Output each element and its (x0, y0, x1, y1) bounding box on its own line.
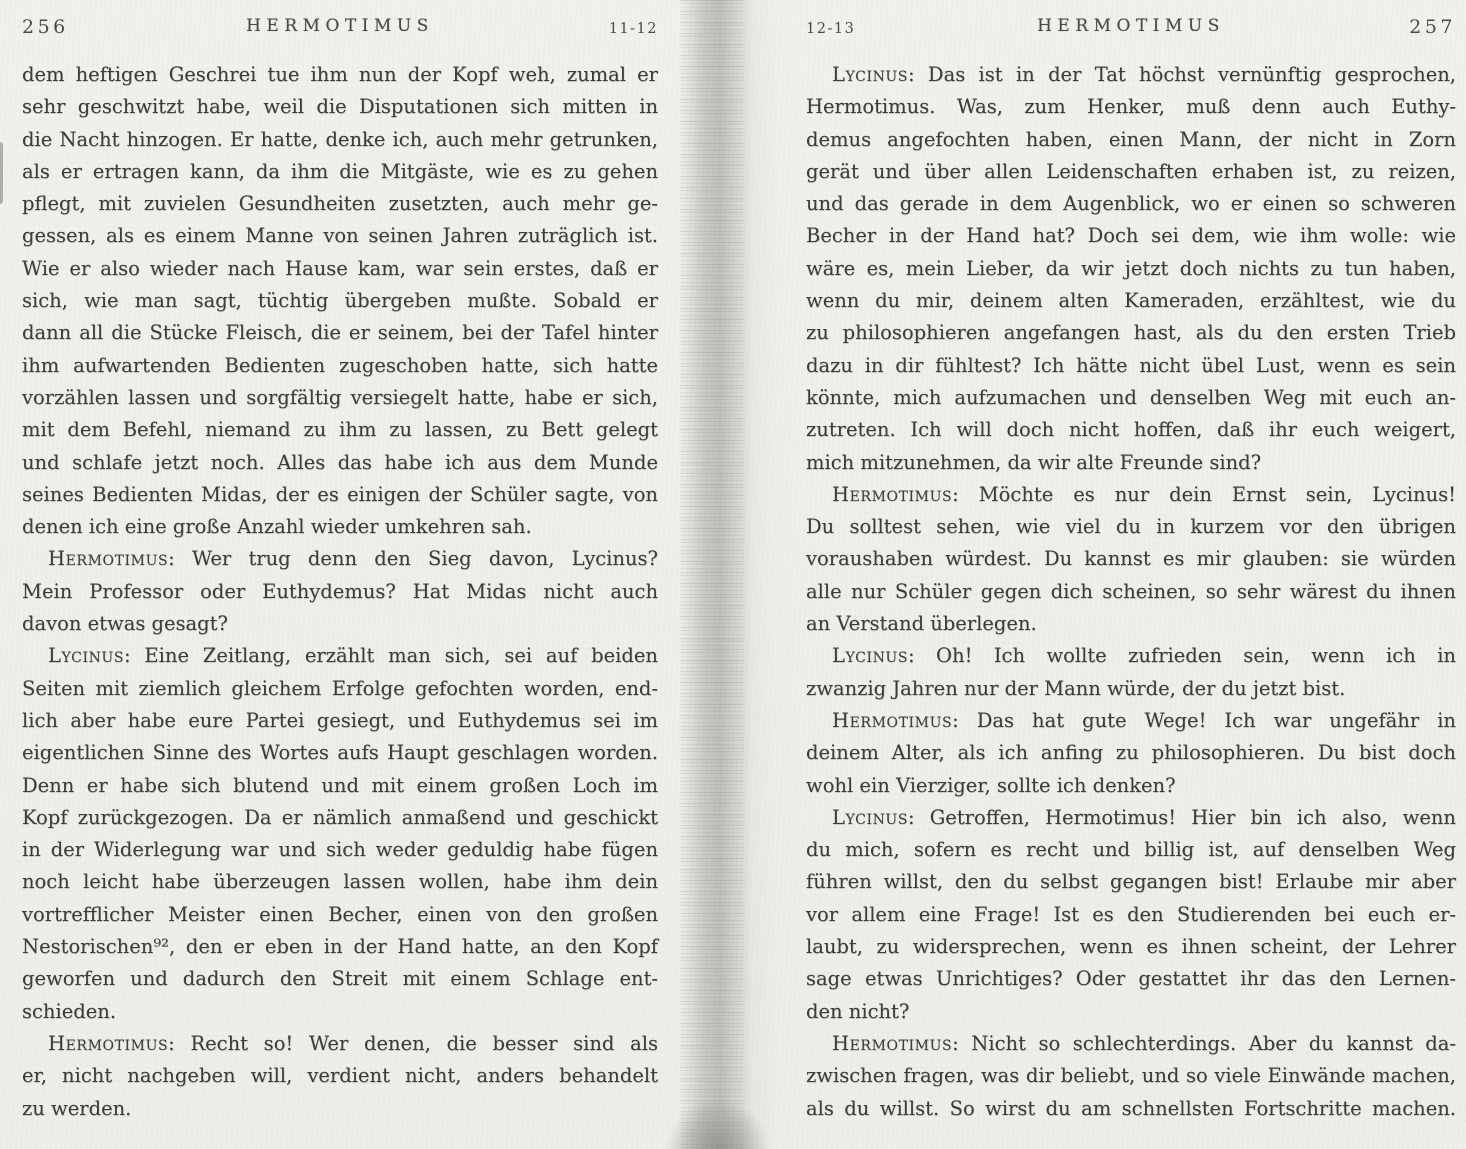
speaker-name: Lycinus (832, 63, 908, 86)
text-line: alle nur Schüler gegen dich scheinen, so… (806, 576, 1456, 608)
left-page-text: dem heftigen Geschrei tue ihm nun der Ko… (22, 59, 658, 1125)
text-line: als du willst. So wirst du am schnellste… (806, 1093, 1456, 1125)
text-line: demus angefochten haben, einen Mann, der… (806, 124, 1456, 156)
text-line: seines Bedienten Midas, der es einigen d… (22, 479, 658, 511)
text-line: und das gerade in dem Augenblick, wo er … (806, 188, 1456, 220)
dialogue-speaker-line: Hermotimus: Möchte es nur dein Ernst sei… (806, 479, 1456, 511)
text-line: schieden. (22, 996, 658, 1028)
text-line: als er ertragen kann, da ihm die Mitgäst… (22, 156, 658, 188)
text-line: in der Widerlegung war und sich weder ge… (22, 834, 658, 866)
text-line: Becher in der Hand hat? Doch sei dem, wi… (806, 220, 1456, 252)
text-line: dazu in dir fühltest? Ich hätte nicht üb… (806, 350, 1456, 382)
dialogue-speaker-line: Lycinus: Getroffen, Hermotimus! Hier bin… (806, 802, 1456, 834)
gutter-scan-streaks (680, 0, 744, 1149)
dialogue-speaker-line: Lycinus: Eine Zeitlang, erzählt man sich… (22, 640, 658, 672)
text-line: Denn er habe sich blutend und mit einem … (22, 770, 658, 802)
text-line: an Verstand überlegen. (806, 608, 1456, 640)
text-line: davon etwas gesagt? (22, 608, 658, 640)
speaker-name: Hermotimus (832, 709, 952, 732)
text-line: du mich, sofern es recht und billig ist,… (806, 834, 1456, 866)
text-line: geworfen und dadurch den Streit mit eine… (22, 963, 658, 995)
section-ref-right: 12-13 (806, 21, 855, 37)
dialogue-speaker-line: Lycinus: Oh! Ich wollte zufrieden sein, … (806, 640, 1456, 672)
text-line: voraushaben würdest. Du kannst es mir gl… (806, 543, 1456, 575)
text-line: den nicht? (806, 996, 1456, 1028)
scan-edge-artifact (0, 142, 3, 204)
text-line: denen ich eine große Anzahl wieder umkeh… (22, 511, 658, 543)
speaker-name: Hermotimus (48, 1032, 168, 1055)
text-line: er, nicht nachgeben will, verdient nicht… (22, 1060, 658, 1092)
text-line: lich aber habe eure Partei gesiegt, und … (22, 705, 658, 737)
book-spread-scan: 256 HERMOTIMUS 11-12 dem heftigen Geschr… (0, 0, 1466, 1149)
binding-gutter-shadow (680, 0, 802, 1149)
text-line: vortrefflicher Meister einen Becher, ein… (22, 899, 658, 931)
text-line: Kopf zurückgezogen. Da er nämlich anmaße… (22, 802, 658, 834)
page-number-right: 257 (1409, 16, 1456, 38)
text-line: sehr geschwitzt habe, weil die Disputati… (22, 91, 658, 123)
text-line: Seiten mit ziemlich gleichem Erfolge gef… (22, 673, 658, 705)
page-left: 256 HERMOTIMUS 11-12 dem heftigen Geschr… (22, 0, 658, 1149)
speaker-name: Hermotimus (832, 483, 952, 506)
speaker-name: Lycinus (832, 644, 908, 667)
dialogue-speaker-line: Hermotimus: Das hat gute Wege! Ich war u… (806, 705, 1456, 737)
text-line: Nestorischen⁹², den er eben in der Hand … (22, 931, 658, 963)
text-line: zu philosophieren angefangen hast, als d… (806, 317, 1456, 349)
text-line: eigentlichen Sinne des Wortes aufs Haupt… (22, 737, 658, 769)
text-line: vorzählen lassen und sorgfältig versiege… (22, 382, 658, 414)
text-line: dem heftigen Geschrei tue ihm nun der Ko… (22, 59, 658, 91)
text-line: wenn du mir, deinem alten Kameraden, erz… (806, 285, 1456, 317)
text-line: Mein Professor oder Euthydemus? Hat Mida… (22, 576, 658, 608)
text-line: zu werden. (22, 1093, 658, 1125)
speaker-name: Hermotimus (48, 547, 168, 570)
page-right: 12-13 HERMOTIMUS 257 Lycinus: Das ist in… (806, 0, 1456, 1149)
text-line: mit dem Befehl, niemand zu ihm zu lassen… (22, 414, 658, 446)
text-line: zutreten. Ich will doch nicht hoffen, da… (806, 414, 1456, 446)
text-line: Du solltest sehen, wie viel du in kurzem… (806, 511, 1456, 543)
text-line: die Nacht hinzogen. Er hatte, denke ich,… (22, 124, 658, 156)
running-title-left: HERMOTIMUS (246, 16, 434, 36)
text-line: gerät und über allen Leidenschaften erha… (806, 156, 1456, 188)
text-line: mich mitzunehmen, da wir alte Freunde si… (806, 447, 1456, 479)
right-page-header: 12-13 HERMOTIMUS 257 (806, 16, 1456, 46)
right-page-text: Lycinus: Das ist in der Tat höchst vernü… (806, 59, 1456, 1125)
text-line: Hermotimus. Was, zum Henker, muß denn au… (806, 91, 1456, 123)
left-page-header: 256 HERMOTIMUS 11-12 (22, 16, 658, 46)
section-ref-left: 11-12 (609, 21, 658, 37)
text-line: pflegt, mit zuvielen Gesundheiten zusetz… (22, 188, 658, 220)
dialogue-speaker-line: Hermotimus: Recht so! Wer denen, die bes… (22, 1028, 658, 1060)
text-line: Wie er also wieder nach Hause kam, war s… (22, 253, 658, 285)
text-line: laubt, zu widersprechen, wenn es ihnen s… (806, 931, 1456, 963)
dialogue-speaker-line: Lycinus: Das ist in der Tat höchst vernü… (806, 59, 1456, 91)
text-line: zwanzig Jahren nur der Mann würde, der d… (806, 673, 1456, 705)
text-line: sich, wie man sagt, tüchtig übergeben mu… (22, 285, 658, 317)
speaker-name: Lycinus (48, 644, 124, 667)
text-line: noch leicht habe überzeugen lassen wolle… (22, 866, 658, 898)
speaker-name: Hermotimus (832, 1032, 952, 1055)
text-line: wohl ein Vierziger, sollte ich denken? (806, 770, 1456, 802)
text-line: gessen, als es einem Manne von seinen Ja… (22, 220, 658, 252)
text-line: wäre es, mein Lieber, da wir jetzt doch … (806, 253, 1456, 285)
gutter-bottom-shadow (664, 1088, 772, 1149)
page-number-left: 256 (22, 16, 69, 38)
text-line: dann all die Stücke Fleisch, die er sein… (22, 317, 658, 349)
running-title-right: HERMOTIMUS (1037, 16, 1225, 36)
text-line: führen willst, den du selbst gegangen bi… (806, 866, 1456, 898)
text-line: vor allem eine Frage! Ist es den Studier… (806, 899, 1456, 931)
text-line: und schlafe jetzt noch. Alles das habe i… (22, 447, 658, 479)
text-line: sage etwas Unrichtiges? Oder gestattet i… (806, 963, 1456, 995)
text-line: deinem Alter, als ich anfing zu philosop… (806, 737, 1456, 769)
dialogue-speaker-line: Hermotimus: Nicht so schlechterdings. Ab… (806, 1028, 1456, 1060)
text-line: ihm aufwartenden Bedienten zugeschoben h… (22, 350, 658, 382)
text-line: zwischen fragen, was dir beliebt, und so… (806, 1060, 1456, 1092)
text-line: könnte, mich aufzumachen und denselben W… (806, 382, 1456, 414)
speaker-name: Lycinus (832, 806, 908, 829)
dialogue-speaker-line: Hermotimus: Wer trug denn den Sieg davon… (22, 543, 658, 575)
